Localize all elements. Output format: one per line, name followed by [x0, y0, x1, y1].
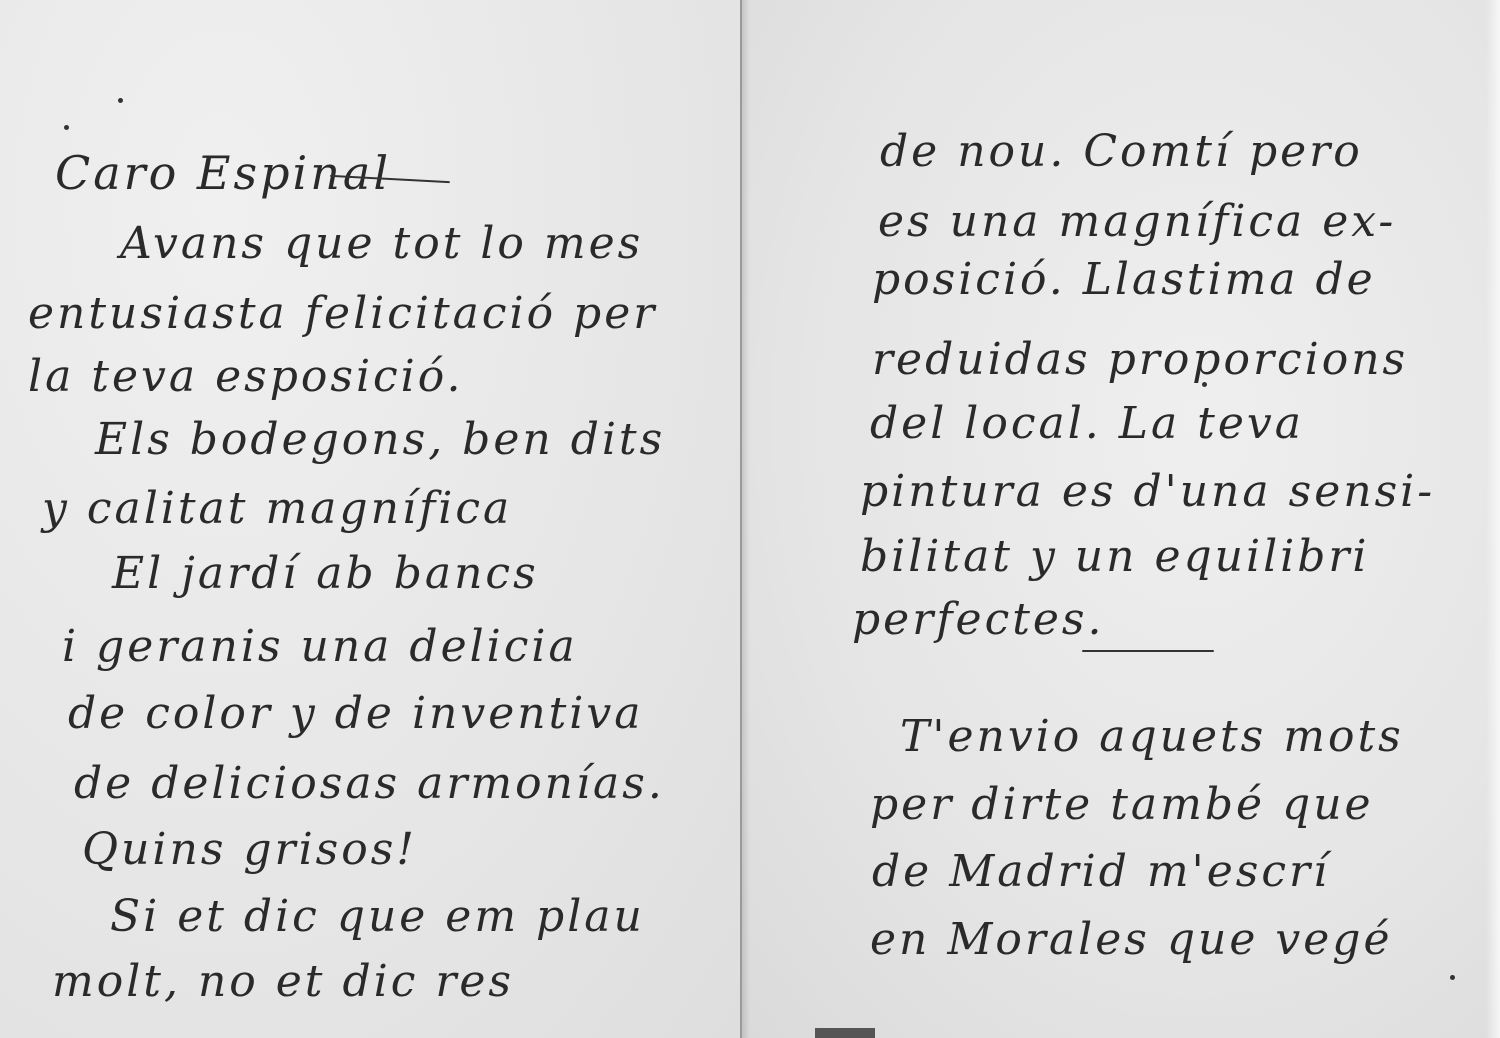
letter-line: Avans que tot lo mes: [120, 222, 643, 266]
letter-line: es una magnífica ex-: [878, 200, 1396, 244]
ink-dot: [1202, 382, 1207, 387]
left-page: Caro Espinal Avans que tot lo mes entusi…: [0, 0, 740, 1038]
ink-dot: [118, 98, 123, 103]
letter-line: de color y de inventiva: [68, 692, 643, 736]
right-page: de nou. Comtí pero es una magnífica ex- …: [740, 0, 1500, 1038]
letter-line: perfectes.: [852, 598, 1105, 642]
letter-line: entusiasta felicitació per: [28, 292, 657, 336]
letter-line: per dirte també que: [870, 783, 1374, 827]
section-separator: [1082, 650, 1214, 652]
letter-line: de Madrid m'escrí: [872, 850, 1330, 894]
letter-line: del local. La teva: [870, 402, 1304, 446]
letter-line: y calitat magnífica: [42, 487, 512, 531]
handwritten-letter: Caro Espinal Avans que tot lo mes entusi…: [0, 0, 1500, 1038]
fold-shadow: [742, 0, 750, 1038]
letter-line: molt, no et dic res: [52, 960, 514, 1004]
letter-line: i geranis una delicia: [62, 625, 578, 669]
letter-line: Quins grisos!: [82, 828, 417, 872]
ink-dot: [1450, 975, 1455, 980]
salutation: Caro Espinal: [55, 150, 391, 196]
ink-dot: [64, 125, 69, 130]
letter-line: la teva esposició.: [28, 355, 463, 399]
letter-line: Si et dic que em plau: [110, 895, 645, 939]
letter-line: en Morales que vegé: [870, 918, 1392, 962]
letter-line: posició. Llastima de: [872, 258, 1376, 302]
letter-line: reduidas proporcions: [872, 338, 1408, 382]
letter-line: de nou. Comtí pero: [880, 130, 1363, 174]
letter-line: bilitat y un equilibri: [860, 535, 1370, 579]
letter-line: de deliciosas armonías.: [74, 762, 665, 806]
letter-line: Els bodegons, ben dits: [95, 418, 665, 462]
letter-line: T'envio aquets mots: [900, 715, 1404, 759]
paper-tab: [815, 1028, 875, 1038]
letter-line: pintura es d'una sensi-: [860, 470, 1435, 514]
page-edge: [1486, 0, 1500, 1038]
letter-line: El jardí ab bancs: [112, 552, 539, 596]
